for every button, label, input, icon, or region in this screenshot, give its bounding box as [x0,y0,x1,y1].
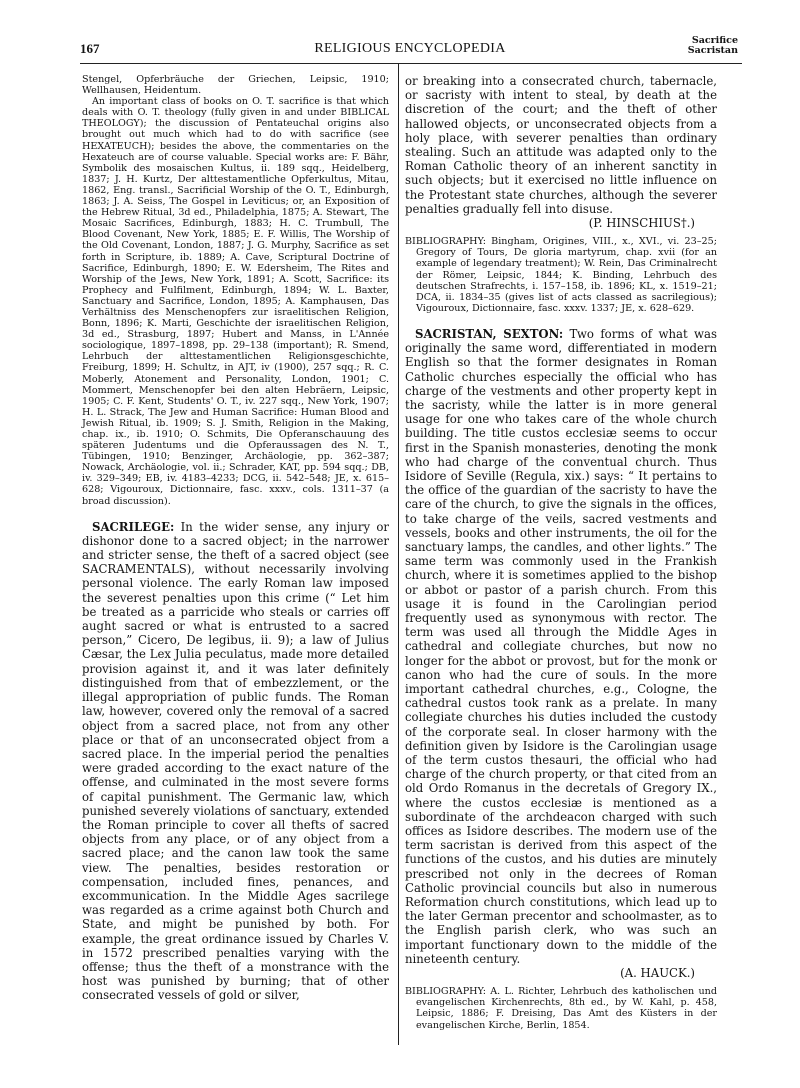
sacristan-body: Two forms of what was originally the sam… [405,327,717,966]
heading-sacrilege: SACRILEGE: [92,520,174,534]
bibliography-label: BIBLIOGRAPHY: [405,986,486,997]
sacrifice-bibliography-special-works: An important class of books on O. T. sac… [82,96,389,506]
author-signature-hauck: (A. HAUCK.) [405,966,717,980]
right-column: or breaking into a consecrated church, t… [405,74,717,1031]
sacrifice-bibliography-tail: Stengel, Opferbräuche der Griechen, Leip… [82,74,389,96]
sacrilege-bibliography: BIBLIOGRAPHY: Bingham, Origines, VIII., … [405,236,717,314]
running-header: 167 RELIGIOUS ENCYCLOPEDIA Sacrifice Sac… [80,30,740,60]
catchword-last: Sacristan [688,46,738,56]
sacristan-bibliography: BIBLIOGRAPHY: A. L. Richter, Lehrbuch de… [405,986,717,1030]
left-column: Stengel, Opferbräuche der Griechen, Leip… [82,74,389,1003]
bibliography-label: BIBLIOGRAPHY: [405,236,486,247]
running-title: RELIGIOUS ENCYCLOPEDIA [80,41,740,57]
article-sacrilege: SACRILEGE: In the wider sense, any injur… [82,520,389,1003]
document-page: 167 RELIGIOUS ENCYCLOPEDIA Sacrifice Sac… [80,30,740,1080]
heading-sacristan: SACRISTAN, SEXTON: [415,327,563,341]
sacrilege-continued: or breaking into a consecrated church, t… [405,74,717,216]
column-divider [398,63,399,1045]
header-rule [80,63,742,64]
article-sacristan: SACRISTAN, SEXTON: Two forms of what was… [405,327,717,966]
catchwords: Sacrifice Sacristan [688,36,738,56]
author-signature-hinschius: (P. HINSCHIUS†.) [405,216,717,230]
sacrilege-body: In the wider sense, any injury or dishon… [82,520,389,1003]
